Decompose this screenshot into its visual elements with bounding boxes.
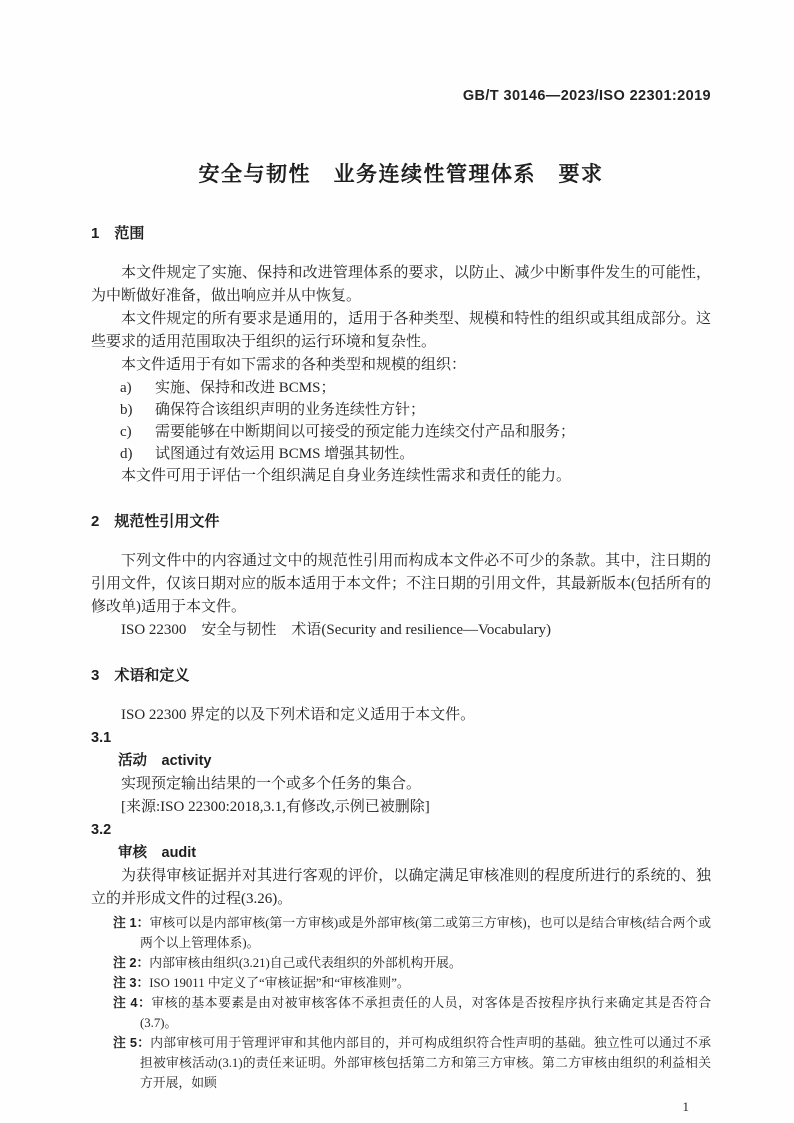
term-3-2-number: 3.2: [91, 819, 711, 842]
term-3-2-notes: 注 1：审核可以是内部审核(第一方审核)或是外部审核(第二或第三方审核)，也可以…: [91, 913, 711, 1093]
section-1-paragraph-2: 本文件规定的所有要求是通用的，适用于各种类型、规模和特性的组织或其组成部分。这些…: [91, 308, 711, 354]
note-text: 内部审核可用于管理评审和其他内部目的，并可构成组织符合性声明的基础。独立性可以通…: [140, 1036, 711, 1090]
note-text: ISO 19011 中定义了“审核证据”和“审核准则”。: [149, 976, 409, 990]
page-content: GB/T 30146—2023/ISO 22301:2019 安全与韧性 业务连…: [91, 88, 711, 1116]
note-5: 注 5：内部审核可用于管理评审和其他内部目的，并可构成组织符合性声明的基础。独立…: [91, 1033, 711, 1093]
note-label: 注 5：: [113, 1035, 150, 1050]
list-item-text: 需要能够在中断期间以可接受的预定能力连续交付产品和服务；: [155, 421, 711, 443]
note-label: 注 4：: [113, 995, 151, 1010]
note-label: 注 1：: [113, 915, 150, 930]
section-1-paragraph-3: 本文件适用于有如下需求的各种类型和规模的组织：: [91, 354, 711, 377]
list-item-label: c): [120, 421, 155, 443]
section-3-heading: 3 术语和定义: [91, 666, 711, 686]
section-1-paragraph-1: 本文件规定了实施、保持和改进管理体系的要求，以防止、减少中断事件发生的可能性，为…: [91, 262, 711, 308]
list-item-d: d) 试图通过有效运用 BCMS 增强其韧性。: [120, 443, 711, 465]
term-3-2-definition: 为获得审核证据并对其进行客观的评价，以确定满足审核准则的程度所进行的系统的、独立…: [91, 865, 711, 911]
scope-list: a) 实施、保持和改进 BCMS； b) 确保符合该组织声明的业务连续性方针； …: [91, 377, 711, 465]
term-3-1-source: [来源:ISO 22300:2018,3.1,有修改,示例已被删除]: [91, 796, 711, 819]
normative-reference: ISO 22300 安全与韧性 术语(Security and resilien…: [91, 619, 711, 642]
note-1: 注 1：审核可以是内部审核(第一方审核)或是外部审核(第二或第三方审核)，也可以…: [91, 913, 711, 953]
page-number: 1: [91, 1098, 711, 1116]
list-item-text: 确保符合该组织声明的业务连续性方针；: [155, 399, 711, 421]
list-item-label: a): [120, 377, 155, 399]
note-text: 内部审核由组织(3.21)自己或代表组织的外部机构开展。: [149, 956, 461, 970]
list-item-c: c) 需要能够在中断期间以可接受的预定能力连续交付产品和服务；: [120, 421, 711, 443]
list-item-text: 试图通过有效运用 BCMS 增强其韧性。: [155, 443, 711, 465]
term-3-1-number: 3.1: [91, 727, 711, 750]
section-1-paragraph-4: 本文件可用于评估一个组织满足自身业务连续性需求和责任的能力。: [91, 465, 711, 488]
note-text: 审核的基本要素是由对被审核客体不承担责任的人员，对客体是否按程序执行来确定其是否…: [140, 996, 711, 1030]
document-code: GB/T 30146—2023/ISO 22301:2019: [91, 88, 711, 104]
term-3-1-definition: 实现预定输出结果的一个或多个任务的集合。: [91, 773, 711, 796]
section-2-paragraph-1: 下列文件中的内容通过文中的规范性引用而构成本文件必不可少的条款。其中，注日期的引…: [91, 550, 711, 619]
list-item-b: b) 确保符合该组织声明的业务连续性方针；: [120, 399, 711, 421]
section-3-intro: ISO 22300 界定的以及下列术语和定义适用于本文件。: [91, 704, 711, 727]
term-3-2-name: 审核 audit: [118, 842, 711, 865]
note-label: 注 2：: [113, 955, 149, 970]
section-2-heading: 2 规范性引用文件: [91, 512, 711, 532]
note-2: 注 2：内部审核由组织(3.21)自己或代表组织的外部机构开展。: [91, 953, 711, 973]
term-3-1-name: 活动 activity: [118, 750, 711, 773]
list-item-label: b): [120, 399, 155, 421]
note-3: 注 3：ISO 19011 中定义了“审核证据”和“审核准则”。: [91, 973, 711, 993]
list-item-a: a) 实施、保持和改进 BCMS；: [120, 377, 711, 399]
list-item-label: d): [120, 443, 155, 465]
note-4: 注 4：审核的基本要素是由对被审核客体不承担责任的人员，对客体是否按程序执行来确…: [91, 993, 711, 1033]
document-title: 安全与韧性 业务连续性管理体系 要求: [91, 158, 711, 188]
note-text: 审核可以是内部审核(第一方审核)或是外部审核(第二或第三方审核)，也可以是结合审…: [140, 916, 711, 950]
section-1-heading: 1 范围: [91, 224, 711, 244]
document-page: GB/T 30146—2023/ISO 22301:2019 安全与韧性 业务连…: [0, 0, 794, 1123]
note-label: 注 3：: [113, 975, 149, 990]
list-item-text: 实施、保持和改进 BCMS；: [155, 377, 711, 399]
